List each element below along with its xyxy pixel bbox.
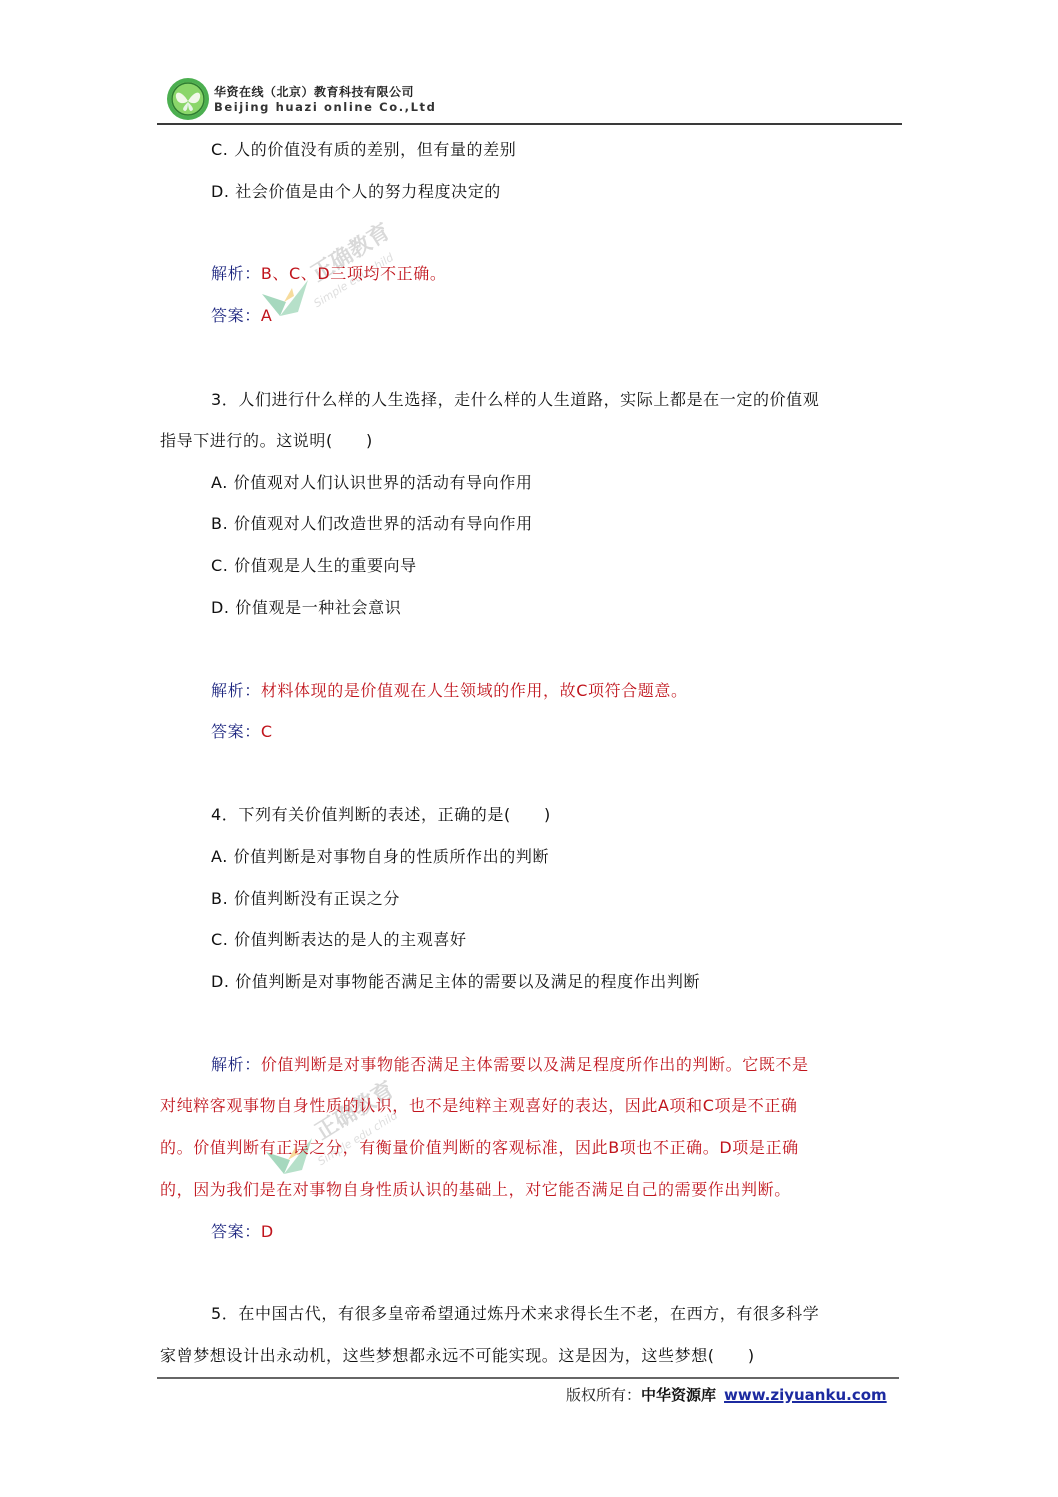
analysis-label: 解析： (211, 681, 261, 700)
analysis-text: 材料体现的是价值观在人生领域的作用，故C项符合题意。 (261, 681, 688, 700)
q4-stem: 4．下列有关价值判断的表述，正确的是( ) (211, 805, 551, 825)
q4-option-b: B. 价值判断没有正误之分 (211, 889, 400, 909)
q4-option-c: C. 价值判断表达的是人的主观喜好 (211, 930, 467, 950)
option-text: 价值观是人生的重要向导 (234, 556, 417, 575)
q2-analysis: 解析：B、C、D三项均不正确。 (211, 264, 446, 284)
option-letter: C. (211, 140, 228, 159)
option-letter: D. (211, 972, 230, 991)
answer-value: D (261, 1222, 274, 1241)
option-text: 价值判断表达的是人的主观喜好 (234, 930, 466, 949)
q2-option-d: D. 社会价值是由个人的努力程度决定的 (211, 182, 501, 202)
q2-answer: 答案：A (211, 306, 272, 326)
q3-option-c: C. 价值观是人生的重要向导 (211, 556, 417, 576)
answer-label: 答案： (211, 722, 261, 741)
footer-brand: 中华资源库 (641, 1386, 716, 1404)
option-letter: B. (211, 889, 228, 908)
option-letter: D. (211, 598, 230, 617)
option-letter: C. (211, 556, 228, 575)
analysis-text: B、C、D三项均不正确。 (261, 264, 447, 283)
company-logo-icon (165, 76, 211, 122)
option-letter: B. (211, 514, 228, 533)
q3-stem-line2: 指导下进行的。这说明( ) (160, 431, 373, 451)
answer-value: C (261, 722, 273, 741)
q4-analysis-line4: 的，因为我们是在对事物自身性质认识的基础上，对它能否满足自己的需要作出判断。 (160, 1180, 791, 1200)
q3-analysis: 解析：材料体现的是价值观在人生领域的作用，故C项符合题意。 (211, 681, 688, 701)
q3-option-b: B. 价值观对人们改造世界的活动有导向作用 (211, 514, 533, 534)
company-name-en: Beijing huazi online Co.,Ltd (214, 100, 436, 114)
option-letter: C. (211, 930, 228, 949)
q3-stem-line1: 3．人们进行什么样的人生选择，走什么样的人生道路，实际上都是在一定的价值观 (211, 390, 819, 410)
analysis-text: 价值判断是对事物能否满足主体需要以及满足程度所作出的判断。它既不是 (261, 1055, 809, 1074)
option-text: 价值观对人们认识世界的活动有导向作用 (234, 473, 533, 492)
q5-stem-line2: 家曾梦想设计出永动机，这些梦想都永远不可能实现。这是因为，这些梦想( ) (160, 1346, 755, 1366)
q3-option-d: D. 价值观是一种社会意识 (211, 598, 401, 618)
analysis-label: 解析： (211, 264, 261, 283)
q4-answer: 答案：D (211, 1222, 274, 1242)
option-text: 价值观是一种社会意识 (235, 598, 401, 617)
option-letter: D. (211, 182, 230, 201)
q4-option-a: A. 价值判断是对事物自身的性质所作出的判断 (211, 847, 549, 867)
footer-copyright: 版权所有：中华资源库www.ziyuanku.com (566, 1384, 887, 1405)
q4-analysis-line3: 的。价值判断有正误之分，有衡量价值判断的客观标准，因此B项也不正确。D项是正确 (160, 1138, 799, 1158)
analysis-label: 解析： (211, 1055, 261, 1074)
option-text: 人的价值没有质的差别，但有量的差别 (234, 140, 516, 159)
option-text: 价值判断是对事物自身的性质所作出的判断 (234, 847, 549, 866)
option-letter: A. (211, 473, 228, 492)
footer-divider (157, 1377, 899, 1379)
option-text: 社会价值是由个人的努力程度决定的 (235, 182, 501, 201)
option-letter: A. (211, 847, 228, 866)
q4-analysis-line2: 对纯粹客观事物自身性质的认识，也不是纯粹主观喜好的表达，因此A项和C项是不正确 (160, 1096, 798, 1116)
company-name-cn: 华资在线（北京）教育科技有限公司 (214, 83, 414, 100)
q5-stem-line1: 5．在中国古代，有很多皇帝希望通过炼丹术来求得长生不老，在西方，有很多科学 (211, 1304, 819, 1324)
q2-option-c: C. 人的价值没有质的差别，但有量的差别 (211, 140, 516, 160)
answer-label: 答案： (211, 1222, 261, 1241)
answer-value: A (261, 306, 273, 325)
option-text: 价值观对人们改造世界的活动有导向作用 (234, 514, 533, 533)
header-divider (157, 123, 902, 125)
q3-answer: 答案：C (211, 722, 273, 742)
q4-analysis-line1: 解析：价值判断是对事物能否满足主体需要以及满足程度所作出的判断。它既不是 (211, 1055, 809, 1075)
footer-website-link[interactable]: www.ziyuanku.com (724, 1386, 887, 1404)
answer-label: 答案： (211, 306, 261, 325)
option-text: 价值判断没有正误之分 (234, 889, 400, 908)
copyright-label: 版权所有： (566, 1386, 641, 1404)
q3-option-a: A. 价值观对人们认识世界的活动有导向作用 (211, 473, 532, 493)
q4-option-d: D. 价值判断是对事物能否满足主体的需要以及满足的程度作出判断 (211, 972, 700, 992)
option-text: 价值判断是对事物能否满足主体的需要以及满足的程度作出判断 (235, 972, 700, 991)
